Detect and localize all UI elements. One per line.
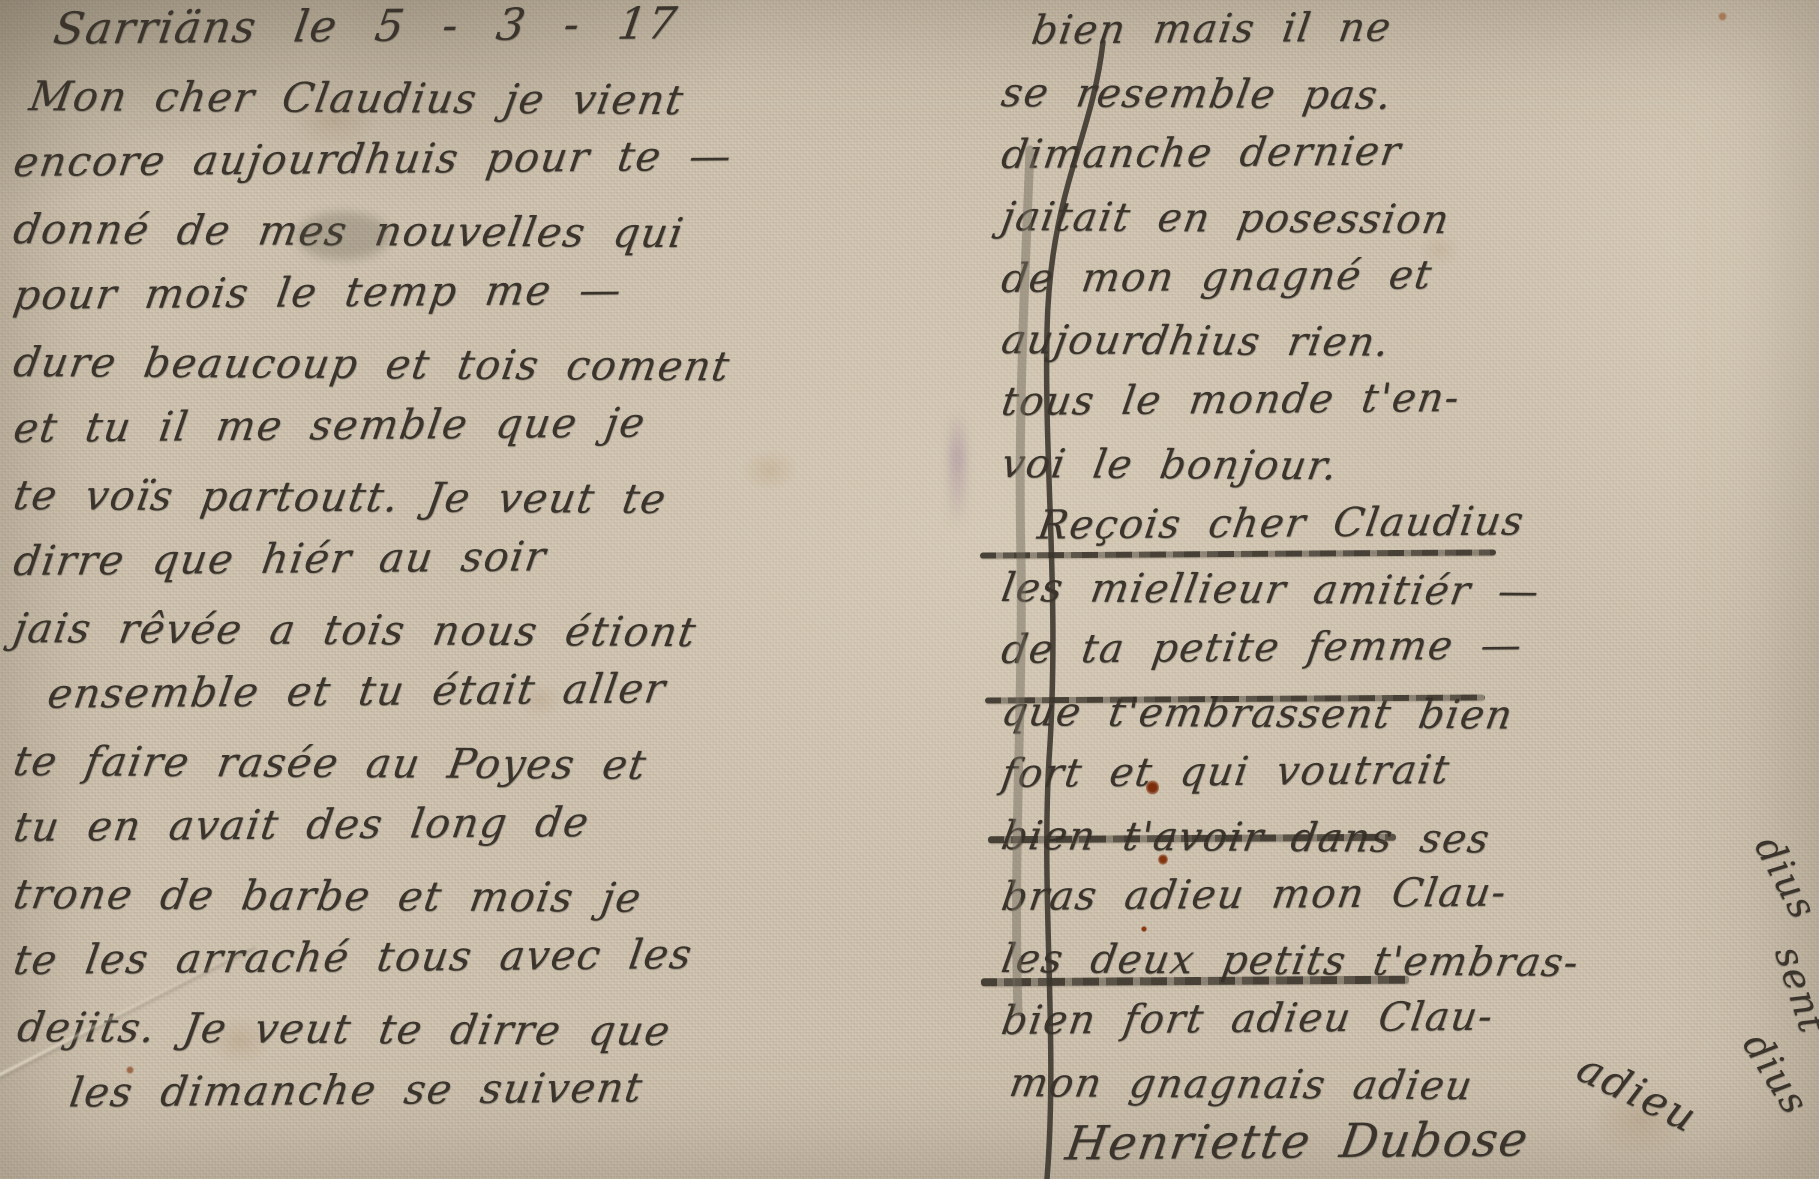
rust-stain [126,1066,134,1074]
handwritten-line: et tu il me semble que je [9,387,970,462]
handwritten-line: les dimanche se suivent [9,1052,970,1127]
handwritten-line: encore aujourdhuis pour te — [9,121,970,196]
handwritten-line: bien mais il ne [997,0,1819,62]
handwritten-line: bien fort adieu Clau- [997,983,1819,1052]
handwritten-line: bras adieu mon Clau- [997,859,1819,928]
handwritten-line: fort et qui voutrait [997,736,1819,805]
ink-smudge [296,212,391,260]
left-text-column: Sarriäns le 5 - 3 - 17Mon cher Claudius … [14,0,964,1127]
handwritten-line: Sarriäns le 5 - 3 - 17 [9,0,970,62]
handwritten-line: dirre que hiér au soir [9,520,970,595]
postcard-page: Sarriäns le 5 - 3 - 17Mon cher Claudius … [0,0,1819,1179]
handwritten-line: tous le monde t'en- [997,364,1819,433]
handwritten-line: de mon gnagné et [997,240,1819,309]
handwritten-line: te les arraché tous avec les [9,919,970,994]
handwritten-line: de ta petite femme — [997,612,1819,681]
rust-stain [1158,854,1168,865]
handwritten-line: pour mois le temp me — [9,254,970,329]
handwritten-line: ensemble et tu était aller [9,653,970,728]
right-text-column: bien mais il nese resemble pas.dimanche … [1002,0,1817,1176]
handwritten-line: Reçois cher Claudius [997,488,1819,557]
rust-stain [1718,12,1727,21]
handwritten-line: tu en avait des long de [9,786,970,861]
rust-stain [1141,926,1147,932]
violet-smear [950,410,965,528]
handwritten-line: dimanche dernier [997,117,1819,186]
rust-stain [1146,780,1159,795]
